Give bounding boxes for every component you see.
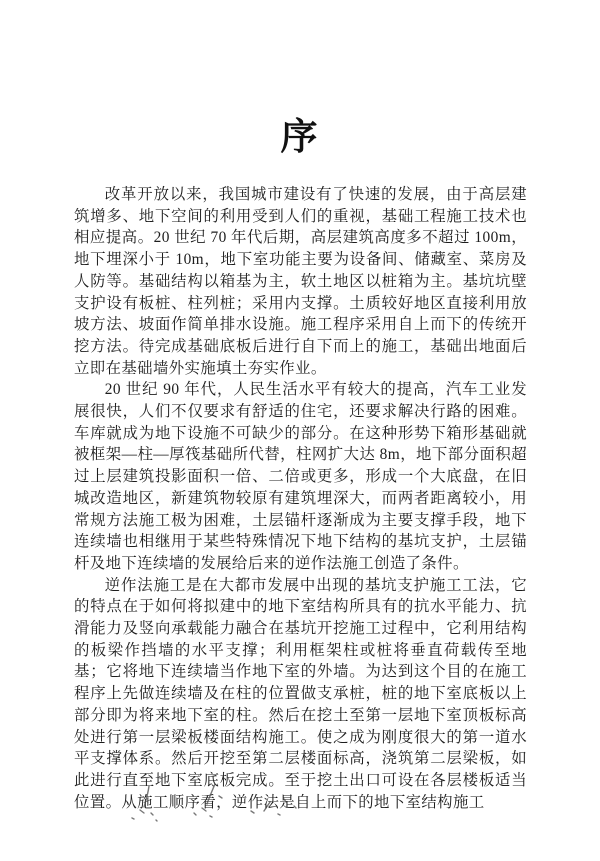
preface-body: 改革开放以来，我国城市建设有了快速的发展，由于高层建筑增多、地下空间的利用受到人… [74, 184, 527, 813]
scanned-page: 序 改革开放以来，我国城市建设有了快速的发展，由于高层建筑增多、地下空间的利用受… [0, 0, 600, 861]
pencil-scribble [118, 780, 338, 835]
page-title: 序 [0, 0, 600, 160]
paragraph-3: 逆作法施工是在大都市发展中出现的基坑支护施工工法，它的特点在于如何将拟建中的地下… [74, 575, 527, 814]
paragraph-2: 20 世纪 90 年代，人民生活水平有较大的提高，汽车工业发展很快，人们不仅要求… [74, 379, 527, 574]
paragraph-1: 改革开放以来，我国城市建设有了快速的发展，由于高层建筑增多、地下空间的利用受到人… [74, 184, 527, 379]
